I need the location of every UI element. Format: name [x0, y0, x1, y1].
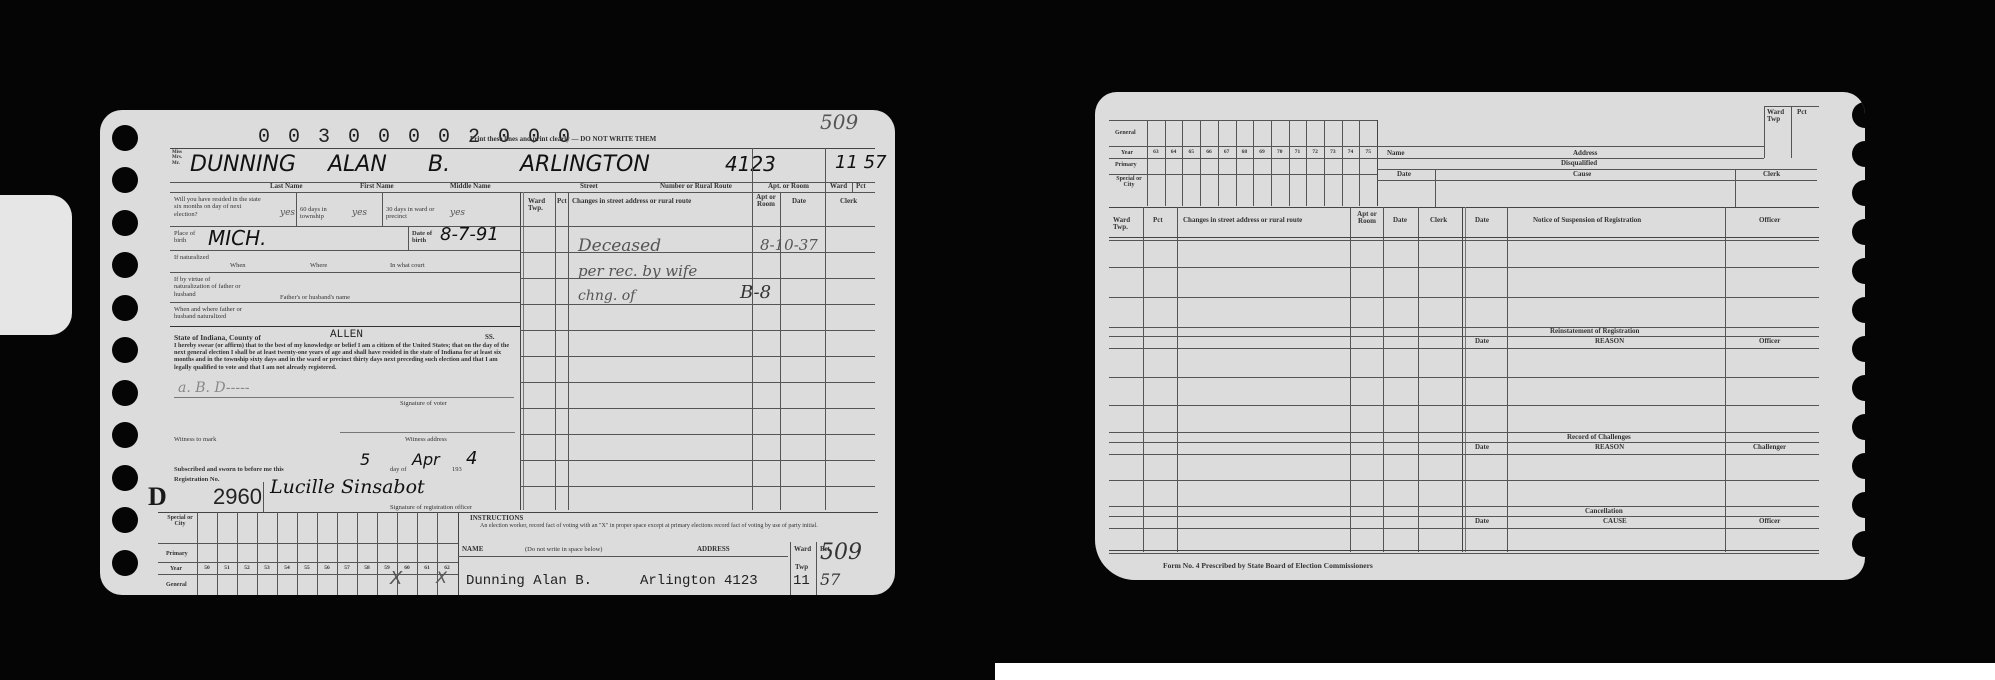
- front-registration-card: 0 0 3 0 0 0 0 2 0 0 0 Print these lines …: [100, 110, 895, 595]
- subscribed-day-of: day of: [390, 466, 406, 473]
- year-cell: 53: [257, 565, 277, 571]
- grid-line: [1359, 120, 1360, 206]
- instructions-address-label: ADDRESS: [697, 546, 730, 553]
- vote-row-special: Special or City: [166, 515, 194, 528]
- back-changes-header-apt: Apt or Room: [1353, 211, 1381, 226]
- punch-hole: [1852, 375, 1865, 401]
- year-cell: 52: [237, 565, 257, 571]
- oath-text: I hereby swear (or affirm) that to the b…: [174, 342, 514, 371]
- challenges-header-challenger: Challenger: [1753, 444, 1786, 451]
- vote-row-primary: Primary: [166, 551, 188, 557]
- punch-hole: [112, 550, 138, 576]
- year-cell: 64: [1165, 149, 1183, 155]
- changes-header-pct: Pct: [557, 198, 567, 205]
- back-vote-row-general: General: [1115, 130, 1136, 136]
- challenges-title: Record of Challenges: [1567, 434, 1631, 441]
- reinstatement-title: Reinstatement of Registration: [1550, 328, 1639, 335]
- punch-hole: [1852, 297, 1865, 323]
- back-label-date: Date: [1397, 171, 1411, 178]
- birth-date-label: Date of birth: [412, 230, 440, 245]
- punch-hole: [112, 422, 138, 448]
- typed-pct: 57: [820, 570, 840, 589]
- residence-answer-1: yes: [280, 208, 295, 218]
- corner-note: 509: [820, 110, 858, 134]
- grid-line: [1324, 120, 1325, 206]
- punch-hole: [1852, 219, 1865, 245]
- year-cell: 65: [1182, 149, 1200, 155]
- back-changes-header-pct: Pct: [1153, 217, 1163, 224]
- paper-tab-edge: [0, 195, 72, 335]
- label-ward: Ward: [830, 183, 847, 190]
- grid-line: [297, 512, 298, 595]
- back-vote-row-primary: Primary: [1115, 162, 1137, 168]
- grid-line: [1306, 120, 1307, 206]
- subscribed-month: Apr: [412, 450, 440, 469]
- residence-answer-3: yes: [450, 208, 465, 218]
- punch-hole: [112, 380, 138, 406]
- grid-line: [237, 512, 238, 595]
- typed-name: Dunning Alan B.: [466, 573, 592, 589]
- back-label-clerk: Clerk: [1763, 171, 1780, 178]
- residence-question-2: 60 days in township: [300, 206, 350, 221]
- back-footer: Form No. 4 Prescribed by State Board of …: [1163, 562, 1373, 570]
- punch-hole: [1852, 180, 1865, 206]
- subscribed-label: Subscribed and sworn to before me this: [174, 466, 284, 473]
- challenges-header-date: Date: [1475, 444, 1489, 451]
- changes-header-ward: Ward Twp.: [528, 198, 552, 213]
- instructions-pg-handwritten: 509: [820, 540, 862, 565]
- back-changes-header-ward: Ward Twp.: [1113, 217, 1139, 232]
- grid-line: [1165, 120, 1166, 206]
- back-label-name: Name: [1387, 150, 1405, 157]
- label-first-name: First Name: [360, 183, 394, 190]
- grid-line: [1289, 120, 1290, 206]
- ward-pct-value: 11 57: [835, 152, 887, 173]
- back-changes-header-date: Date: [1393, 217, 1407, 224]
- grid-line: [1271, 120, 1272, 206]
- typed-ward: 11: [793, 573, 810, 589]
- punch-hole: [1852, 141, 1865, 167]
- registration-label: Registration No.: [174, 476, 220, 483]
- remark-change: chng. of: [578, 288, 635, 304]
- year-cell: 57: [337, 565, 357, 571]
- cancellation-header-date: Date: [1475, 518, 1489, 525]
- instructions-name-label: NAME: [462, 546, 483, 553]
- changes-header-address: Changes in street address or rural route: [572, 198, 691, 205]
- grid-line: [1200, 120, 1201, 206]
- oath-ss: SS.: [485, 334, 495, 341]
- instructions-twp-label: Twp: [795, 564, 808, 571]
- grid-line: [1236, 120, 1237, 206]
- number-value: 4123: [725, 152, 776, 176]
- grid-line: [217, 512, 218, 595]
- naturalized-label: If naturalized: [174, 254, 214, 261]
- changes-header-clerk: Clerk: [840, 198, 857, 205]
- grid-line: [437, 512, 438, 595]
- birth-date-value: 8-7-91: [440, 224, 499, 245]
- print-instruction: Print these lines and print clearly — DO…: [470, 136, 656, 143]
- remark-per-wife: per rec. by wife: [578, 262, 697, 280]
- suspension-header-notice: Notice of Suspension of Registration: [1533, 217, 1641, 224]
- registration-number: 2960: [213, 484, 262, 510]
- back-changes-header-clerk: Clerk: [1430, 217, 1447, 224]
- back-label-pct: Pct: [1797, 109, 1807, 116]
- back-label-disqualified: Disqualified: [1561, 160, 1597, 167]
- year-cell: 66: [1200, 149, 1218, 155]
- label-pct: Pct: [856, 183, 866, 190]
- year-cell: 60: [397, 565, 417, 571]
- punch-hole: [1852, 258, 1865, 284]
- grid-line: [1147, 120, 1148, 206]
- oath-county-value: ALLEN: [330, 329, 363, 341]
- cancellation-title: Cancellation: [1585, 508, 1623, 515]
- grid-line: [277, 512, 278, 595]
- naturalized-court: In what court: [390, 262, 425, 269]
- grid-line: [377, 512, 378, 595]
- year-cell: 72: [1306, 149, 1324, 155]
- registration-officer-signature: Lucille Sinsabot: [270, 476, 425, 498]
- year-cell: 70: [1271, 149, 1289, 155]
- year-cell: 62: [437, 565, 457, 571]
- punch-hole: [112, 167, 138, 193]
- street-value: ARLINGTON: [520, 152, 650, 177]
- suspension-header-date: Date: [1475, 217, 1489, 224]
- naturalized-where: Where: [310, 262, 327, 269]
- year-cell: 61: [417, 565, 437, 571]
- suspension-header-officer: Officer: [1759, 217, 1780, 224]
- residence-answer-2: yes: [352, 208, 367, 218]
- naturalized-when: When: [230, 262, 246, 269]
- year-cell: 58: [357, 565, 377, 571]
- grid-line: [317, 512, 318, 595]
- birth-place-value: MICH.: [208, 226, 267, 250]
- remark-b8: B-8: [740, 282, 771, 303]
- registration-officer-label: Signature of registration officer: [390, 504, 472, 511]
- grid-line: [357, 512, 358, 595]
- father-husband-label: If by virtue of naturalization of father…: [174, 276, 244, 298]
- subscribed-day: 5: [360, 450, 370, 469]
- punch-hole: [112, 210, 138, 236]
- grid-line: [257, 512, 258, 595]
- first-name-value: ALAN: [328, 152, 387, 177]
- father-husband-name-label: Father's or husband's name: [280, 294, 350, 301]
- back-vote-row-year: Year: [1121, 150, 1133, 156]
- changes-header-date: Date: [792, 198, 806, 205]
- registration-letter: D: [148, 482, 167, 512]
- father-husband-where-label: When and where father or husband natural…: [174, 306, 264, 321]
- reinstatement-header-date: Date: [1475, 338, 1489, 345]
- instructions-no-write: (Do not write in space below): [525, 546, 602, 553]
- back-registration-card: General Year Primary Special or City Nam…: [1095, 92, 1865, 580]
- grid-line: [397, 512, 398, 595]
- year-cell: 74: [1342, 149, 1360, 155]
- punch-hole: [1852, 531, 1865, 557]
- scan-margin: [995, 663, 1995, 680]
- cancellation-header-cause: CAUSE: [1603, 518, 1627, 525]
- label-last-name: Last Name: [270, 183, 302, 190]
- remark-date: 8-10-37: [760, 236, 818, 254]
- punch-hole: [112, 125, 138, 151]
- punch-hole: [1852, 453, 1865, 479]
- vote-row-year: Year: [170, 566, 182, 572]
- grid-line: [1342, 120, 1343, 206]
- year-cell: 75: [1359, 149, 1377, 155]
- back-label-cause: Cause: [1573, 171, 1591, 178]
- changes-header-apt: Apt or Room: [755, 194, 777, 209]
- year-cell: 56: [317, 565, 337, 571]
- punch-hole: [1852, 102, 1865, 128]
- back-vote-row-special: Special or City: [1115, 176, 1143, 189]
- label-street: Street: [580, 183, 598, 190]
- oath-state-county: State of Indiana, County of: [174, 334, 261, 342]
- vote-row-general: General: [166, 582, 187, 588]
- year-cell: 68: [1236, 149, 1254, 155]
- year-cell: 50: [197, 565, 217, 571]
- back-changes-header-address: Changes in street address or rural route: [1183, 217, 1302, 224]
- grid-line: [197, 512, 198, 595]
- cancellation-header-officer: Officer: [1759, 518, 1780, 525]
- punch-hole: [1852, 414, 1865, 440]
- typed-address: Arlington 4123: [640, 573, 758, 589]
- year-cell: 55: [297, 565, 317, 571]
- label-middle-name: Middle Name: [450, 183, 491, 190]
- subscribed-year: 4: [466, 448, 477, 469]
- grid-line: [1218, 120, 1219, 206]
- challenges-header-reason: REASON: [1595, 444, 1624, 451]
- punch-hole: [1852, 492, 1865, 518]
- grid-line: [337, 512, 338, 595]
- back-label-address: Address: [1573, 150, 1597, 157]
- punch-hole: [112, 252, 138, 278]
- title-label: Miss Mrs. Mr.: [172, 150, 186, 166]
- middle-name-value: B.: [428, 152, 450, 177]
- year-cell: 71: [1289, 149, 1307, 155]
- year-cell: 59: [377, 565, 397, 571]
- voter-signature-label: Signature of voter: [400, 400, 447, 407]
- reinstatement-header-reason: REASON: [1595, 338, 1624, 345]
- grid-line: [417, 512, 418, 595]
- grid-line: [1253, 120, 1254, 206]
- year-cell: 73: [1324, 149, 1342, 155]
- punch-hole: [112, 295, 138, 321]
- grid-line: [1182, 120, 1183, 206]
- punch-hole: [112, 507, 138, 533]
- label-apt: Apt. or Room: [768, 183, 809, 190]
- residence-question-1: Will you have resided in the state six m…: [174, 196, 264, 218]
- punch-hole: [112, 337, 138, 363]
- year-cell: 67: [1218, 149, 1236, 155]
- year-cell: 69: [1253, 149, 1271, 155]
- instructions-ward-label: Ward: [794, 546, 811, 553]
- reinstatement-header-officer: Officer: [1759, 338, 1780, 345]
- residence-question-3: 30 days in ward or precinct: [386, 206, 446, 221]
- voter-signature: a. B. D-----: [178, 380, 250, 396]
- witness-label: Witness to mark: [174, 436, 216, 443]
- year-cell: 51: [217, 565, 237, 571]
- instructions-text: An election worker, record fact of votin…: [480, 523, 880, 530]
- punch-hole: [112, 465, 138, 491]
- year-cell: 54: [277, 565, 297, 571]
- subscribed-year-prefix: 193: [452, 466, 462, 473]
- back-label-ward-twp: Ward Twp: [1767, 109, 1787, 124]
- birth-place-label: Place of birth: [174, 230, 204, 245]
- witness-address-label: Witness address: [405, 436, 447, 443]
- instructions-title: INSTRUCTIONS: [470, 515, 523, 522]
- label-number: Number or Rural Route: [660, 183, 732, 190]
- remark-deceased: Deceased: [578, 236, 661, 256]
- year-cell: 63: [1147, 149, 1165, 155]
- punch-hole: [1852, 336, 1865, 362]
- last-name-value: DUNNING: [190, 152, 296, 177]
